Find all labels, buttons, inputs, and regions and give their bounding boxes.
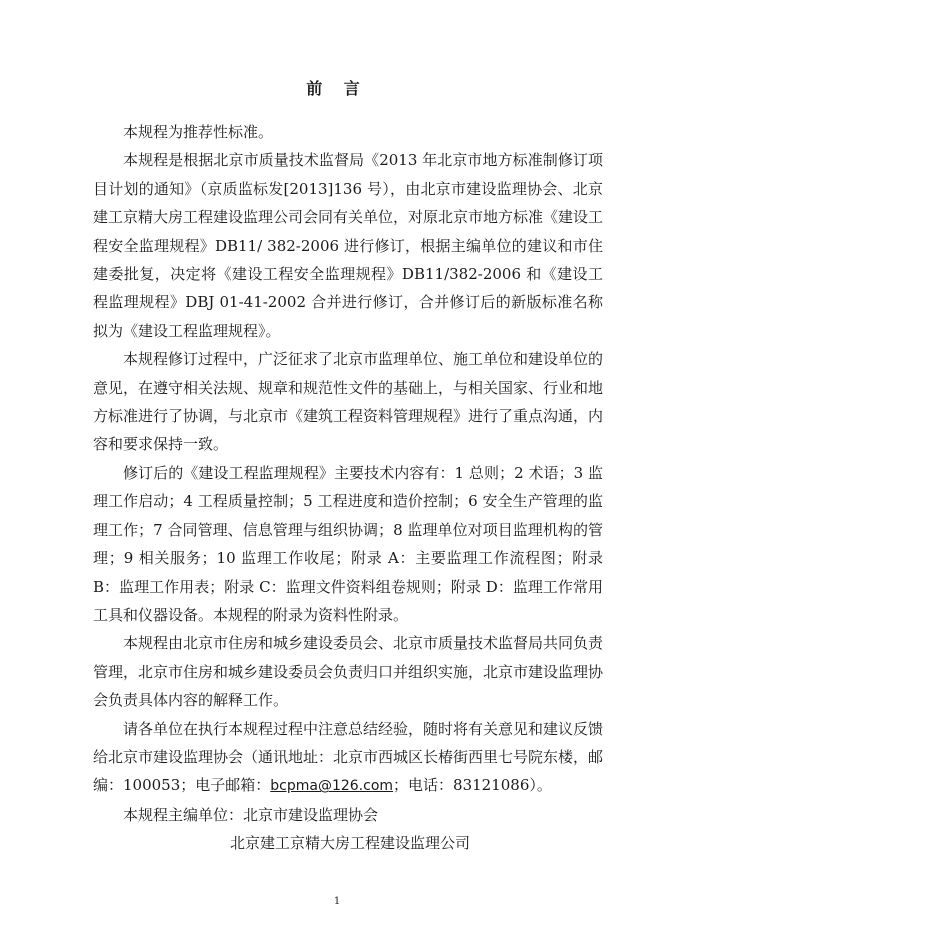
paragraph-standard-type: 本规程为推荐性标准。 bbox=[93, 118, 603, 146]
chief-editor-line: 本规程主编单位：北京市建设监理协会 bbox=[93, 801, 603, 829]
chief-editor-label: 本规程主编单位： bbox=[123, 806, 243, 824]
document-body: 本规程为推荐性标准。 本规程是根据北京市质量技术监督局《2013 年北京市地方标… bbox=[93, 118, 603, 858]
paragraph-management: 本规程由北京市住房和城乡建设委员会、北京市质量技术监督局共同负责管理，北京市住房… bbox=[93, 629, 603, 714]
feedback-phone-text: ；电话：83121086）。 bbox=[393, 776, 552, 794]
page-title: 前 言 bbox=[0, 76, 674, 99]
email-link[interactable]: bcpma@126.com bbox=[270, 778, 393, 794]
paragraph-consultation: 本规程修订过程中，广泛征求了北京市监理单位、施工单位和建设单位的意见，在遵守相关… bbox=[93, 345, 603, 459]
page-number: 1 bbox=[0, 896, 674, 907]
chief-editor-unit-1: 北京市建设监理协会 bbox=[243, 806, 378, 824]
paragraph-technical-content: 修订后的《建设工程监理规程》主要技术内容有：1 总则；2 术语；3 监理工作启动… bbox=[93, 459, 603, 629]
paragraph-feedback: 请各单位在执行本规程过程中注意总结经验，随时将有关意见和建议反馈给北京市建设监理… bbox=[93, 715, 603, 801]
chief-editor-unit-2: 北京建工京精大房工程建设监理公司 bbox=[93, 829, 603, 857]
paragraph-revision-basis: 本规程是根据北京市质量技术监督局《2013 年北京市地方标准制修订项目计划的通知… bbox=[93, 146, 603, 345]
document-page: 前 言 本规程为推荐性标准。 本规程是根据北京市质量技术监督局《2013 年北京… bbox=[0, 0, 950, 950]
